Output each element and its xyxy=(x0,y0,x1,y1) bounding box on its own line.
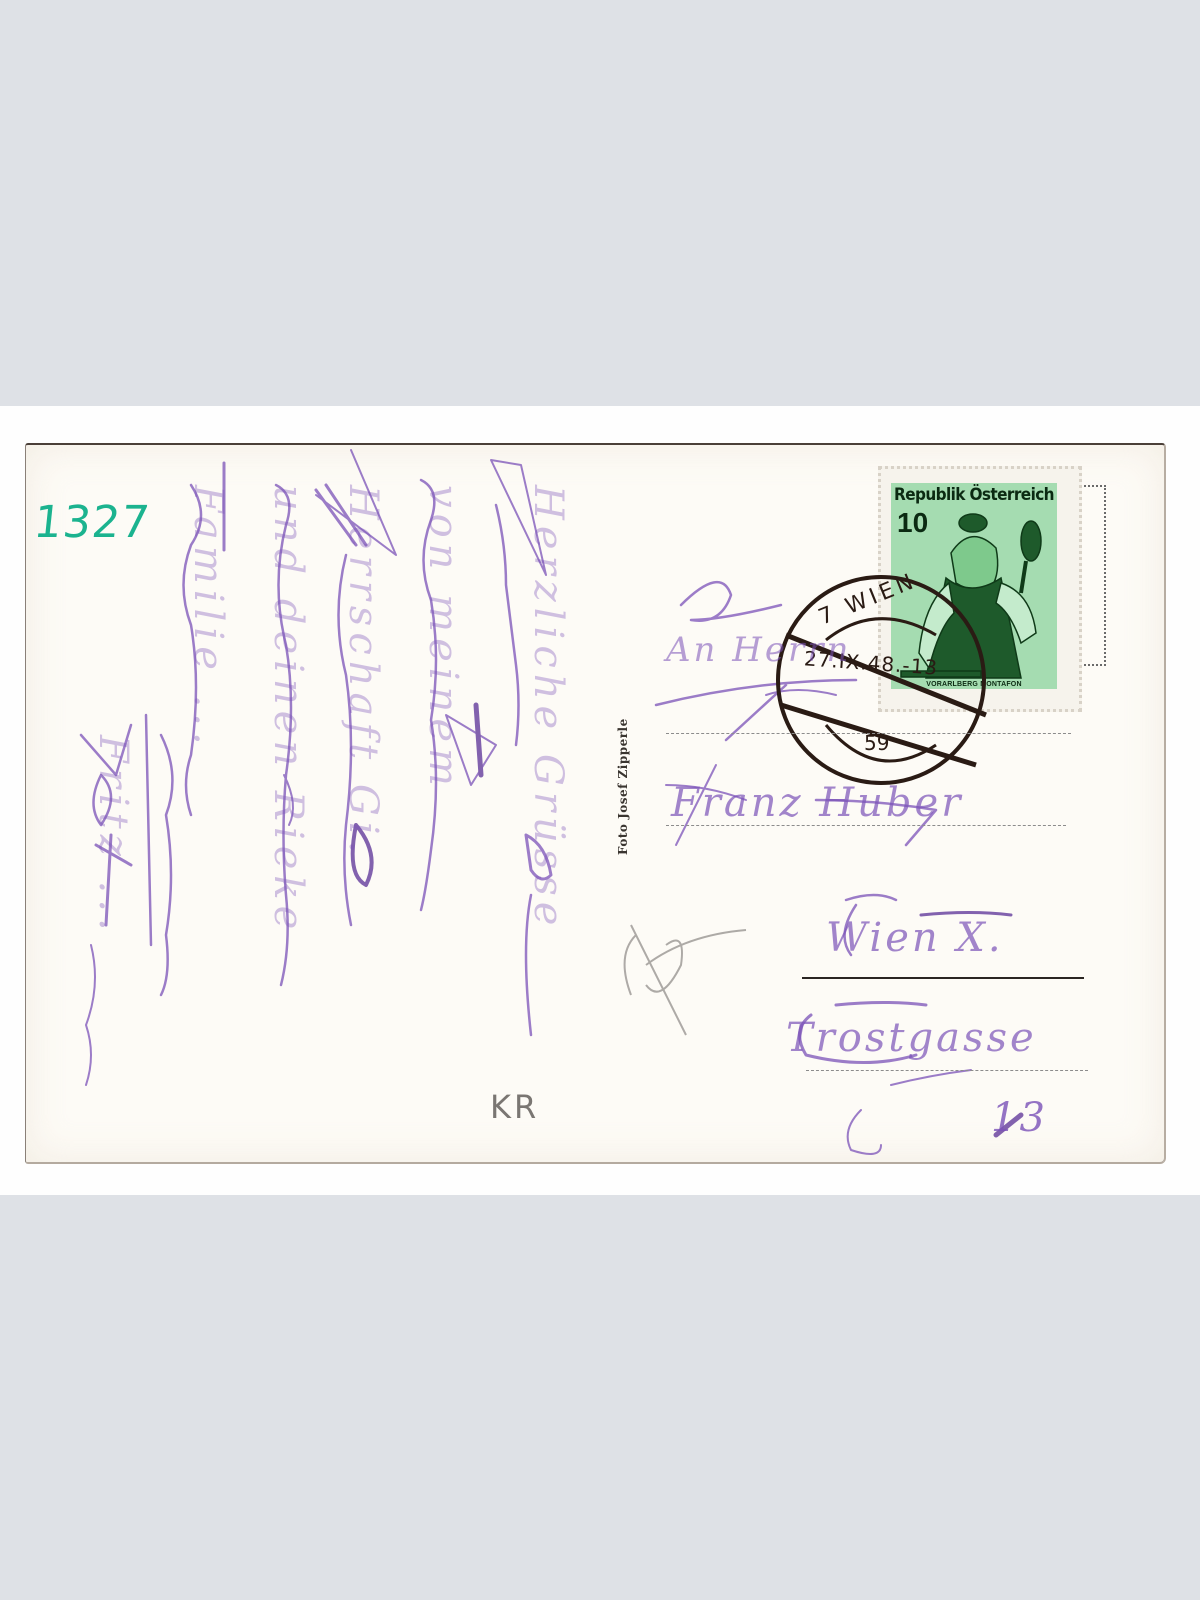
stamp-country: Republik Österreich xyxy=(891,485,1057,505)
address-line-1 xyxy=(666,733,1071,734)
message-line-3: Herrschaft Gi. xyxy=(340,485,386,859)
message-line-4: und deinen Rieke xyxy=(265,485,311,935)
postmark: 7 WIEN 27.IX.48.-13 59 xyxy=(766,565,996,795)
address-name: Franz Huber xyxy=(671,780,963,826)
address-street: Trostgasse xyxy=(786,1015,1037,1061)
address-house-number: 13 xyxy=(991,1095,1048,1141)
message-line-1: Herzliche Grüsse xyxy=(525,485,571,931)
address-line-4 xyxy=(806,1070,1088,1071)
address-city: Wien X. xyxy=(826,915,1004,961)
stamp-value: 10 xyxy=(897,507,928,539)
postcard-image: 1327 Foto Josef Zipperle KR xyxy=(0,406,1200,1195)
address-line-3 xyxy=(802,977,1084,979)
archive-number: 1327 xyxy=(31,497,152,548)
postcard-back: 1327 Foto Josef Zipperle KR xyxy=(25,443,1166,1164)
message-line-5: Familie ... xyxy=(185,485,231,751)
message-line-2: von meinem xyxy=(420,485,466,792)
message-line-6: Fritz ... xyxy=(90,735,136,937)
postmark-number: 59 xyxy=(864,731,889,755)
photographer-credit: Foto Josef Zipperle xyxy=(616,718,630,855)
address-salutation: An Herrn xyxy=(666,630,851,670)
pencil-mark: KR xyxy=(490,1088,539,1126)
